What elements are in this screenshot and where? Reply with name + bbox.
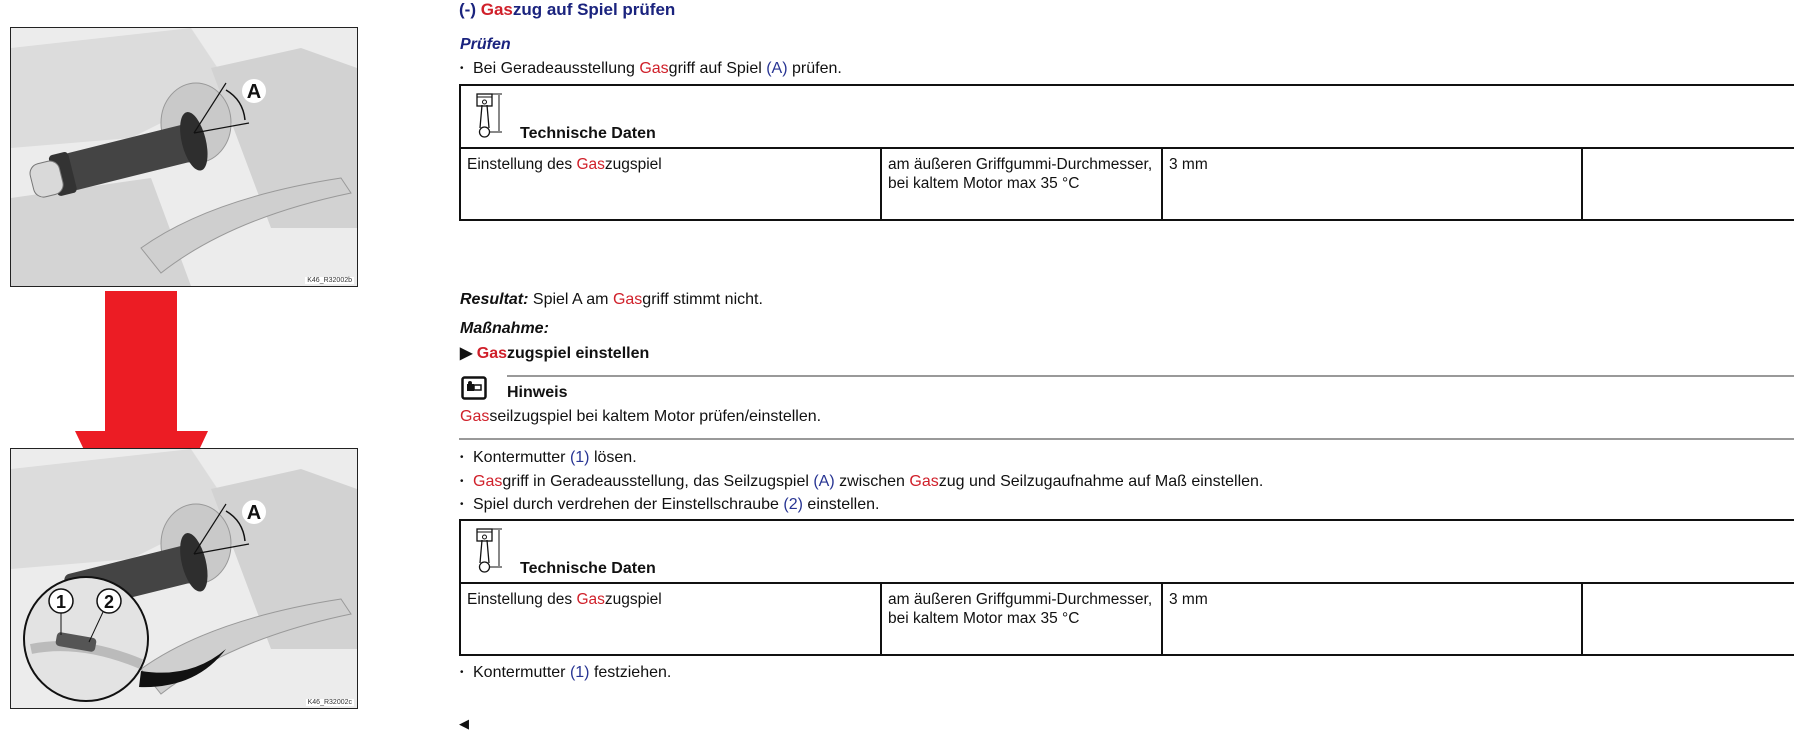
text: seilzugspiel bei kaltem Motor prüfen/ein… [489,408,821,425]
text: einstellen. [803,496,880,513]
extra-cell [1583,584,1794,654]
text: griff stimmt nicht. [642,291,763,308]
reference-link[interactable]: (1) [570,449,590,466]
text: griff in Geradeausstellung, das Seilzugs… [502,473,813,490]
bullet-icon: • [460,476,473,487]
note-divider-bottom [459,438,1794,440]
text: Bei Geradeausstellung [473,60,639,77]
step-item: •Gasgriff in Geradeausstellung, das Seil… [460,473,1263,491]
highlight: Gas [473,473,502,490]
throttle-cable-adjust-illustration: A 1 2 [11,449,357,708]
section-title: (-) Gaszug auf Spiel prüfen [459,0,675,20]
action-link[interactable]: ▶ Gaszugspiel einstellen [460,343,649,363]
condition-cell: am äußeren Griffgummi-Durchmesser, bei k… [882,584,1163,654]
figure-code: K46_R32002c [306,699,354,706]
technical-data-title: Technische Daten [520,125,656,143]
piston-icon [475,92,503,140]
title-highlight: Gas [481,0,513,19]
step-item: •Kontermutter (1) lösen. [460,449,637,467]
text: Spiel durch verdrehen der Einstellschrau… [473,496,783,513]
text: Spiel A am [528,291,613,308]
result-line: Resultat: Spiel A am Gasgriff stimmt nic… [460,291,763,309]
step-item: •Spiel durch verdrehen der Einstellschra… [460,496,879,514]
parameter-cell: Einstellung des Gaszugspiel [461,149,882,219]
throttle-grip-illustration: A [11,28,357,286]
reference-link[interactable]: (A) [766,60,787,77]
reference-link[interactable]: (2) [783,496,803,513]
text: zug und Seilzugaufnahme auf Maß einstell… [939,473,1264,490]
action-text: zugspiel einstellen [507,345,649,362]
note-text: Gasseilzugspiel bei kaltem Motor prüfen/… [460,408,821,426]
figure-grip-adjust: A 1 2 K46_R32002c [10,448,358,709]
reference-link[interactable]: (A) [813,473,834,490]
highlight: Gas [576,156,604,173]
text: lösen. [590,449,637,466]
text: zwischen [835,473,910,490]
bullet-icon: • [460,667,473,678]
text: griff auf Spiel [669,60,767,77]
svg-text:1: 1 [56,592,66,612]
title-rest: zug auf Spiel prüfen [513,0,675,19]
play-icon: ▶ [460,345,477,362]
text: Kontermutter [473,664,570,681]
table-row: Einstellung des Gaszugspiel am äußeren G… [461,149,1794,219]
extra-cell [1583,149,1794,219]
highlight: Gas [909,473,938,490]
step-item: •Kontermutter (1) festziehen. [460,664,671,682]
svg-text:2: 2 [104,592,114,612]
highlight: Gas [477,345,507,362]
text: zugspiel [605,156,662,173]
bullet-icon: • [460,499,473,510]
bullet-icon: • [460,63,473,74]
note-divider [507,375,1794,377]
highlight: Gas [576,591,604,608]
measure-label: Maßnahme: [460,320,549,338]
parameter-cell: Einstellung des Gaszugspiel [461,584,882,654]
highlight: Gas [460,408,489,425]
technical-data-table: Technische Daten Einstellung des Gaszugs… [459,519,1794,656]
text: zugspiel [605,591,662,608]
text: Einstellung des [467,156,576,173]
check-step: •Bei Geradeausstellung Gasgriff auf Spie… [460,60,842,78]
table-row: Einstellung des Gaszugspiel am äußeren G… [461,584,1794,654]
text: festziehen. [590,664,672,681]
highlight: Gas [613,291,642,308]
technical-data-title: Technische Daten [520,560,656,578]
figure-code: K46_R32002b [305,277,354,284]
condition-cell: am äußeren Griffgummi-Durchmesser, bei k… [882,149,1163,219]
svg-text:A: A [247,502,261,524]
svg-text:A: A [247,81,261,103]
value-cell: 3 mm [1163,584,1583,654]
title-prefix: (-) [459,0,481,19]
piston-icon [475,527,503,575]
bullet-icon: • [460,452,473,463]
text: Einstellung des [467,591,576,608]
highlight: Gas [639,60,668,77]
result-label: Resultat: [460,291,528,308]
technical-data-table: Technische Daten Einstellung des Gaszugs… [459,84,1794,221]
check-heading: Prüfen [460,36,511,54]
figure-grip-check: A K46_R32002b [10,27,358,287]
note-icon [461,376,487,400]
note-label: Hinweis [507,384,567,402]
text: Kontermutter [473,449,570,466]
value-cell: 3 mm [1163,149,1583,219]
technical-data-header: Technische Daten [461,521,1794,584]
text: prüfen. [788,60,842,77]
reference-link[interactable]: (1) [570,664,590,681]
technical-data-header: Technische Daten [461,86,1794,149]
back-arrow-icon[interactable]: ◀ [459,716,469,732]
